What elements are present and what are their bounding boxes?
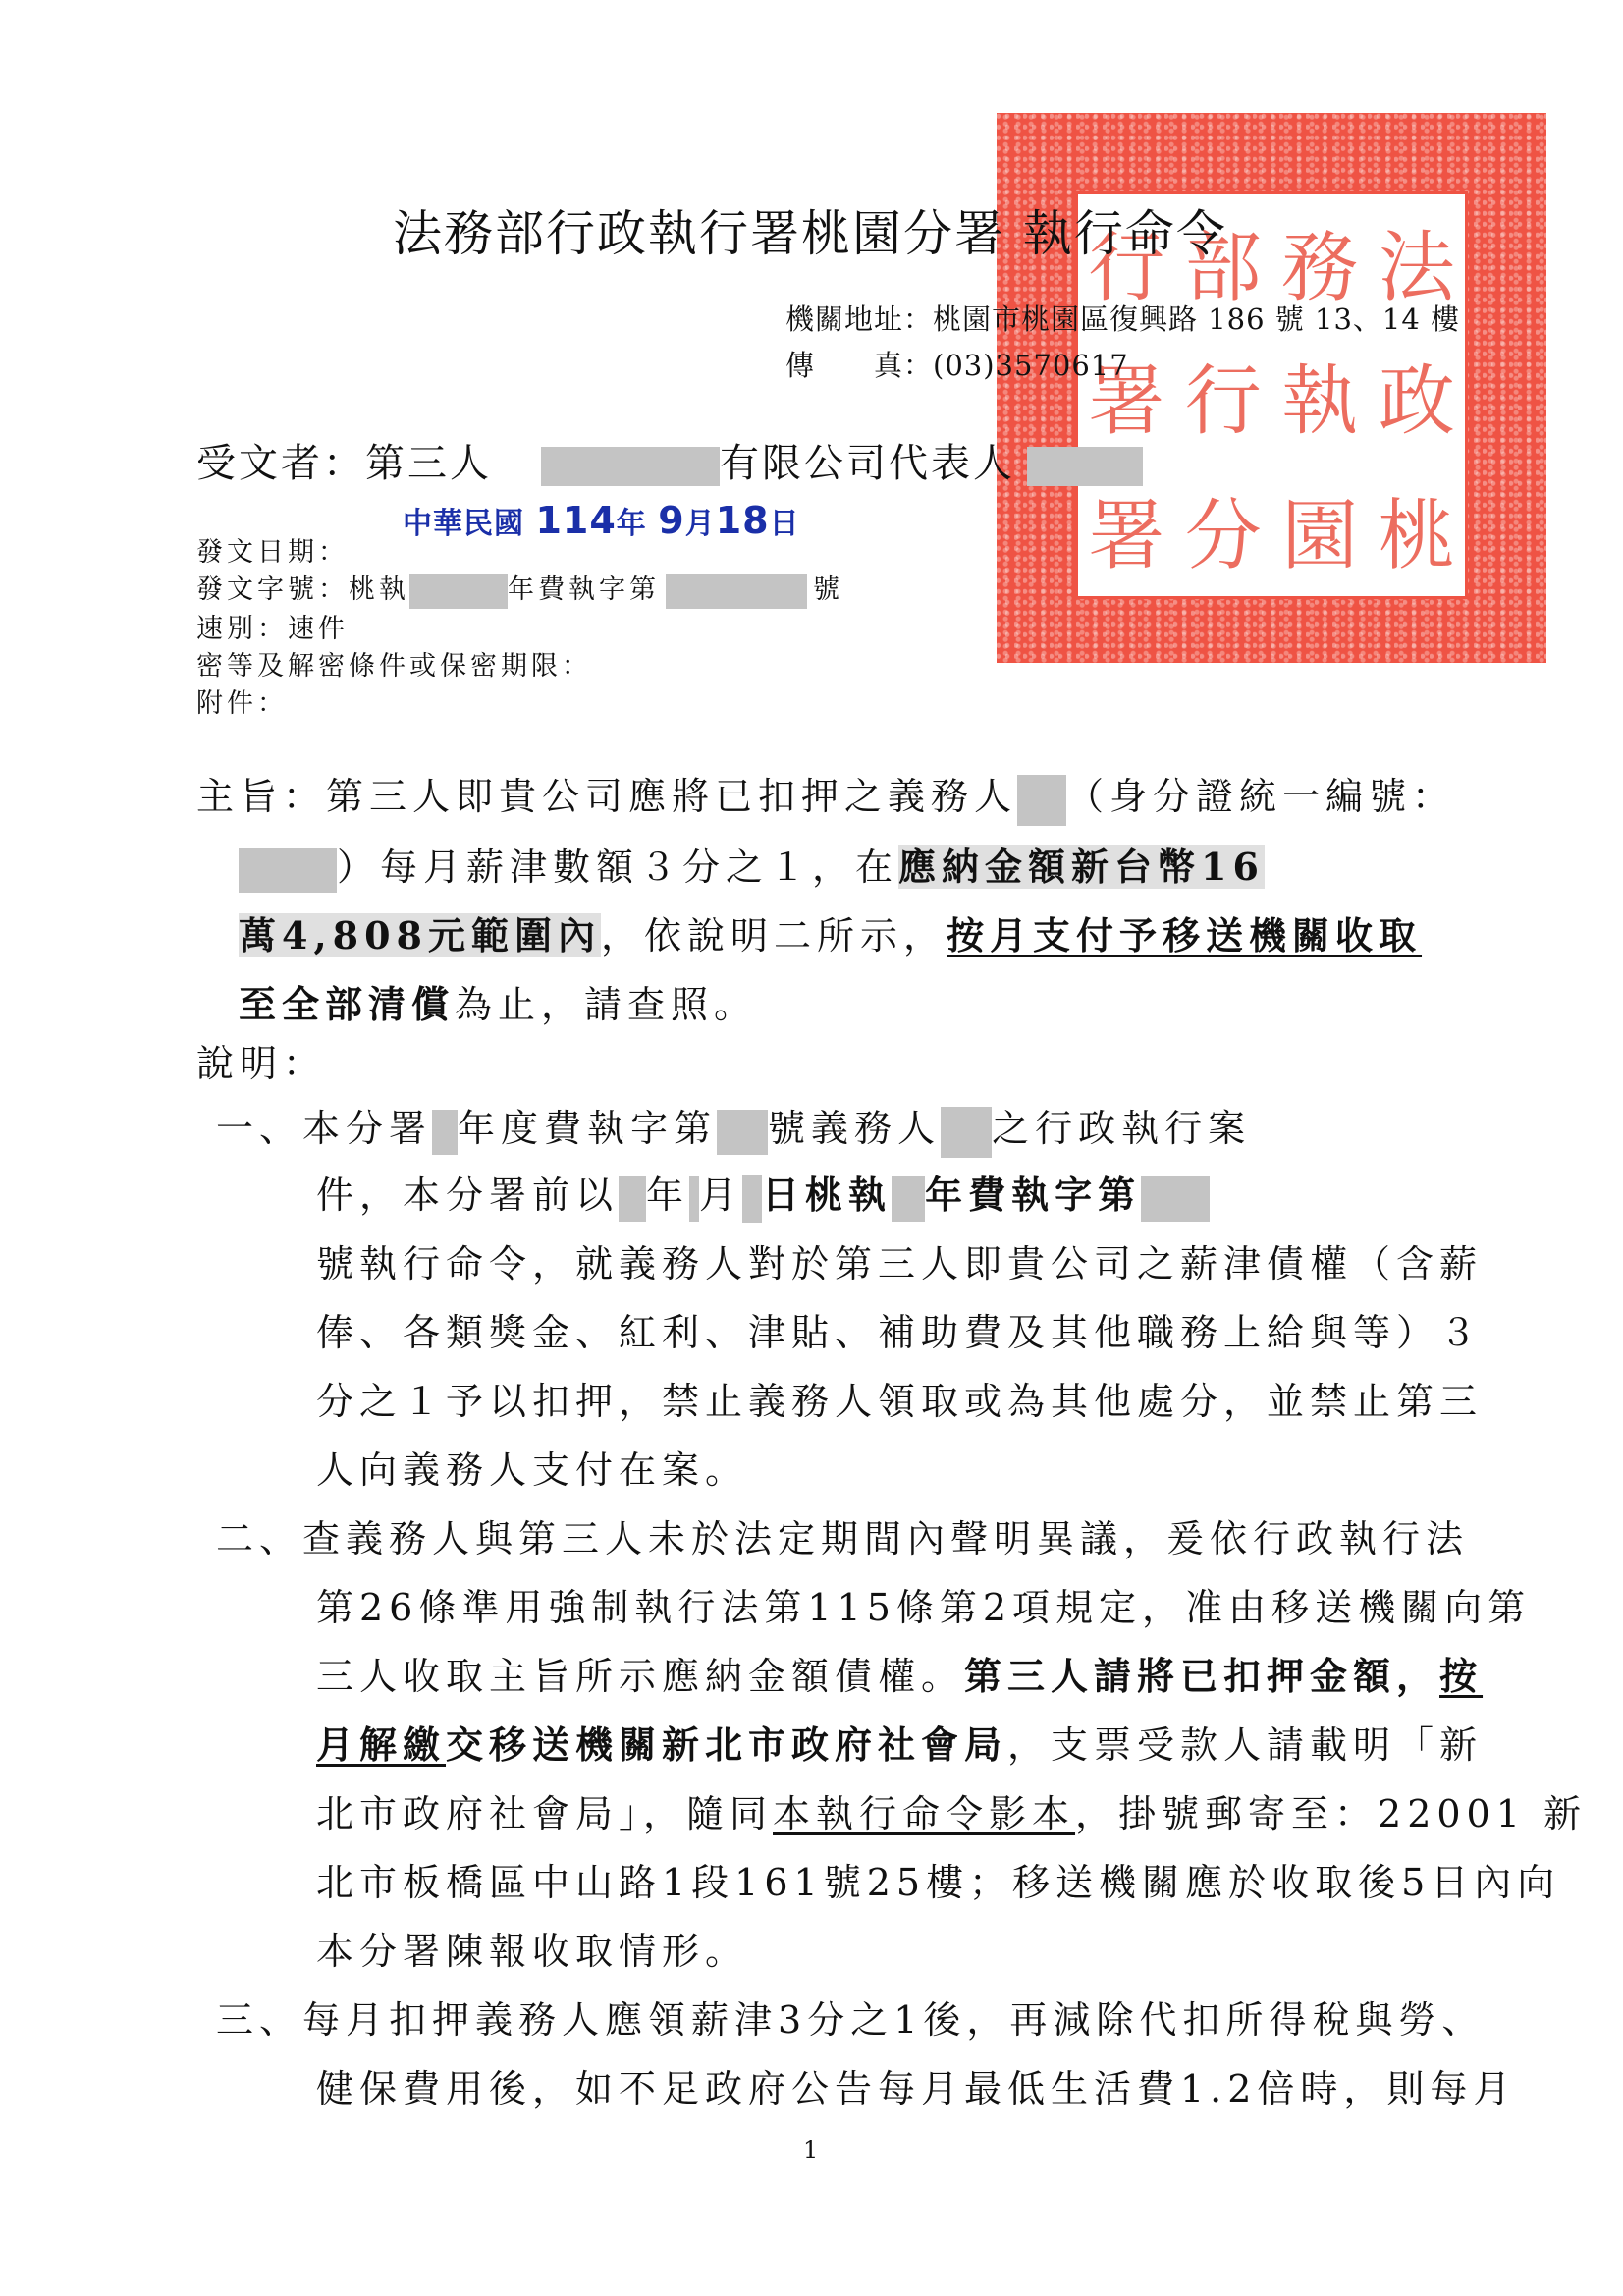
subject-text: 為止，請查照。: [455, 983, 757, 1026]
subject-text: ）每月薪津數額３分之１，在: [337, 846, 898, 889]
redacted-field: [717, 1110, 768, 1155]
subject-text: （身分證統一編號：: [1066, 775, 1455, 818]
date-month: 9: [658, 499, 684, 542]
doc-no-mid: 年費執字第: [508, 574, 660, 605]
item-text: 查義務人與第三人未於法定期間內聲明異議，爰依行政執行法: [302, 1517, 1469, 1560]
item2-line-3: 三人收取主旨所示應納金額債權。第三人請將已扣押金額，按: [316, 1646, 1483, 1700]
redacted-field: [1141, 1176, 1210, 1222]
subject-line-4: 至全部清償為止，請查照。: [239, 974, 757, 1028]
item2-line-5: 北市政府社會局」，隨同本執行命令影本，掛號郵寄至：22001 新: [316, 1783, 1587, 1837]
redacted-field: [742, 1175, 762, 1223]
item-text: ，支票受款人請載明「新: [1007, 1723, 1483, 1767]
doc-no-prefix: 桃執: [349, 574, 409, 605]
recipient-line: 受文者：第三人有限公司代表人: [196, 432, 1143, 488]
subject-amount-highlight: 萬4,808元範圍內: [239, 913, 601, 957]
item1-line-6: 人向義務人支付在案。: [316, 1440, 748, 1494]
item-text: 號義務人: [768, 1107, 941, 1150]
item-text: 北市板橋區中山路1段161號25樓；移送機關應於收取後5日內向: [316, 1861, 1560, 1904]
document-title: 法務部行政執行署桃園分署 執行命令: [393, 194, 1227, 265]
item-text-underline: 本執行命令影本: [773, 1792, 1075, 1835]
item-text: 分之１予以扣押，禁止義務人領取或為其他處分，並禁止第三: [316, 1380, 1483, 1423]
item1-line-1: 一、本分署年度費執字第號義務人之行政執行案: [216, 1098, 1251, 1158]
item-text-bold-underline: 按: [1439, 1654, 1483, 1698]
item1-line-4: 俸、各類獎金、紅利、津貼、補助費及其他職務上給與等）３: [316, 1302, 1483, 1356]
issue-date-label: 發文日期：: [196, 530, 349, 569]
item2-line-1: 二、查義務人與第三人未於法定期間內聲明異議，爰依行政執行法: [216, 1508, 1469, 1562]
item-text: 北市政府社會局」，隨同: [316, 1792, 773, 1835]
redacted-id-number: [239, 848, 337, 893]
redacted-doc-number: [666, 574, 807, 609]
issue-date-stamp: 中華民國 114年 9月18日: [403, 499, 800, 542]
redacted-representative-name: [1027, 447, 1143, 486]
subject-text: ，依說明二所示，: [601, 914, 947, 957]
seal-char: 執: [1271, 340, 1369, 450]
doc-no-suffix: 號: [813, 574, 843, 605]
redacted-doc-year: [409, 574, 508, 609]
date-day-unit: 日: [770, 507, 800, 541]
seal-char: 桃: [1369, 474, 1466, 584]
item2-line-2: 第26條準用強制執行法第115條第2項規定，准由移送機關向第: [316, 1577, 1531, 1631]
item-text: 本分署: [302, 1107, 432, 1150]
explanation-label: 說明：: [196, 1033, 326, 1087]
page-number: 1: [803, 2136, 818, 2163]
subject-label: 主旨：: [196, 775, 326, 818]
item-text: 人向義務人支付在案。: [316, 1449, 748, 1492]
agency-fax: 傳 真：(03)3570617: [785, 344, 1129, 384]
seal-char: 分: [1175, 474, 1272, 584]
speed-value: 速件: [288, 614, 349, 644]
item-text: 號執行命令，就義務人對於第三人即貴公司之薪津債權（含薪: [316, 1242, 1483, 1285]
speed-line: 速別：速件: [196, 607, 349, 645]
item-text-bold: 第三人請將已扣押金額，: [964, 1654, 1439, 1698]
item-text-bold: 交移送機關新北市政府社會局: [446, 1722, 1007, 1767]
subject-text: 第三人即貴公司應將已扣押之義務人: [326, 775, 1017, 818]
item2-line-6: 北市板橋區中山路1段161號25樓；移送機關應於收取後5日內向: [316, 1852, 1560, 1906]
date-year: 114: [535, 499, 616, 542]
redacted-obligor-name: [1017, 775, 1066, 826]
date-month-unit: 月: [685, 507, 716, 541]
item-text: 年度費執字第: [458, 1107, 717, 1150]
item-number: 三、: [216, 1998, 302, 2042]
doc-no-label: 發文字號：: [196, 574, 349, 605]
address-value: 桃園市桃園區復興路 186 號 13、14 樓: [933, 302, 1460, 336]
recipient-prefix: 第三人: [365, 441, 492, 486]
seal-char: 署: [1078, 474, 1175, 584]
date-era: 中華民國: [403, 507, 524, 541]
item-text-bold: 年費執字第: [925, 1173, 1141, 1217]
item-text: 每月扣押義務人應領薪津3分之1後，再減除代扣所得稅與勞、: [302, 1998, 1485, 2042]
item-text: 年: [646, 1174, 689, 1217]
redacted-field: [619, 1176, 646, 1222]
item-number: 二、: [216, 1517, 302, 1560]
item-text: 之行政執行案: [992, 1107, 1251, 1150]
item3-line-1: 三、每月扣押義務人應領薪津3分之1後，再減除代扣所得稅與勞、: [216, 1990, 1485, 2044]
item-text: 俸、各類獎金、紅利、津貼、補助費及其他職務上給與等）３: [316, 1311, 1483, 1354]
seal-char: 行: [1175, 340, 1272, 450]
item-text: 第26條準用強制執行法第115條第2項規定，准由移送機關向第: [316, 1586, 1531, 1629]
item1-line-2: 件，本分署前以年月日桃執年費執字第: [316, 1165, 1210, 1223]
item1-line-3: 號執行命令，就義務人對於第三人即貴公司之薪津債權（含薪: [316, 1233, 1483, 1287]
agency-address: 機關地址：桃園市桃園區復興路 186 號 13、14 樓: [785, 298, 1460, 338]
subject-amount-highlight: 應納金額新台幣16: [898, 845, 1265, 889]
redacted-company-name: [541, 447, 720, 486]
item-text: 健保費用後，如不足政府公告每月最低生活費1.2倍時，則每月: [316, 2067, 1516, 2110]
recipient-label: 受文者：: [196, 441, 365, 486]
item-text-bold: 日桃執: [762, 1173, 892, 1217]
subject-line-1: 主旨：第三人即貴公司應將已扣押之義務人（身分證統一編號：: [196, 766, 1455, 826]
date-year-unit: 年: [617, 507, 647, 541]
date-day: 18: [716, 499, 770, 542]
item-text: 件，本分署前以: [316, 1174, 619, 1217]
recipient-company-suffix: 有限公司代表人: [720, 441, 1015, 486]
item2-line-4: 月解繳交移送機關新北市政府社會局，支票受款人請載明「新: [316, 1715, 1483, 1769]
item1-line-5: 分之１予以扣押，禁止義務人領取或為其他處分，並禁止第三: [316, 1371, 1483, 1425]
address-label: 機關地址：: [785, 302, 933, 336]
item-text: 月: [699, 1174, 742, 1217]
redacted-field: [941, 1107, 992, 1158]
subject-line-3: 萬4,808元範圍內，依說明二所示，按月支付予移送機關收取: [239, 905, 1422, 959]
item-text-bold-underline: 月解繳: [316, 1722, 446, 1767]
speed-label: 速別：: [196, 614, 288, 644]
item-text: ，掛號郵寄至：22001 新: [1075, 1792, 1587, 1835]
item-text: 本分署陳報收取情形。: [316, 1930, 748, 1973]
redacted-field: [432, 1110, 458, 1155]
subject-line-2: ）每月薪津數額３分之１，在應納金額新台幣16: [239, 837, 1265, 893]
subject-payment-instruction: 按月支付予移送機關收取: [947, 913, 1422, 957]
attachment-label: 附件：: [196, 682, 288, 720]
item-number: 一、: [216, 1107, 302, 1150]
seal-char: 政: [1369, 340, 1466, 450]
subject-text-bold: 至全部清償: [239, 982, 455, 1026]
item3-line-2: 健保費用後，如不足政府公告每月最低生活費1.2倍時，則每月: [316, 2058, 1516, 2112]
document-number-line: 發文字號：桃執年費執字第號: [196, 568, 843, 609]
seal-char: 園: [1271, 474, 1369, 584]
redacted-field: [689, 1176, 699, 1222]
item2-line-7: 本分署陳報收取情形。: [316, 1921, 748, 1975]
fax-label: 傳 真：: [785, 349, 933, 382]
redacted-field: [892, 1176, 925, 1222]
item-text: 三人收取主旨所示應納金額債權。: [316, 1655, 964, 1698]
secrecy-label: 密等及解密條件或保密期限：: [196, 644, 592, 683]
fax-value: (03)3570617: [933, 349, 1129, 382]
